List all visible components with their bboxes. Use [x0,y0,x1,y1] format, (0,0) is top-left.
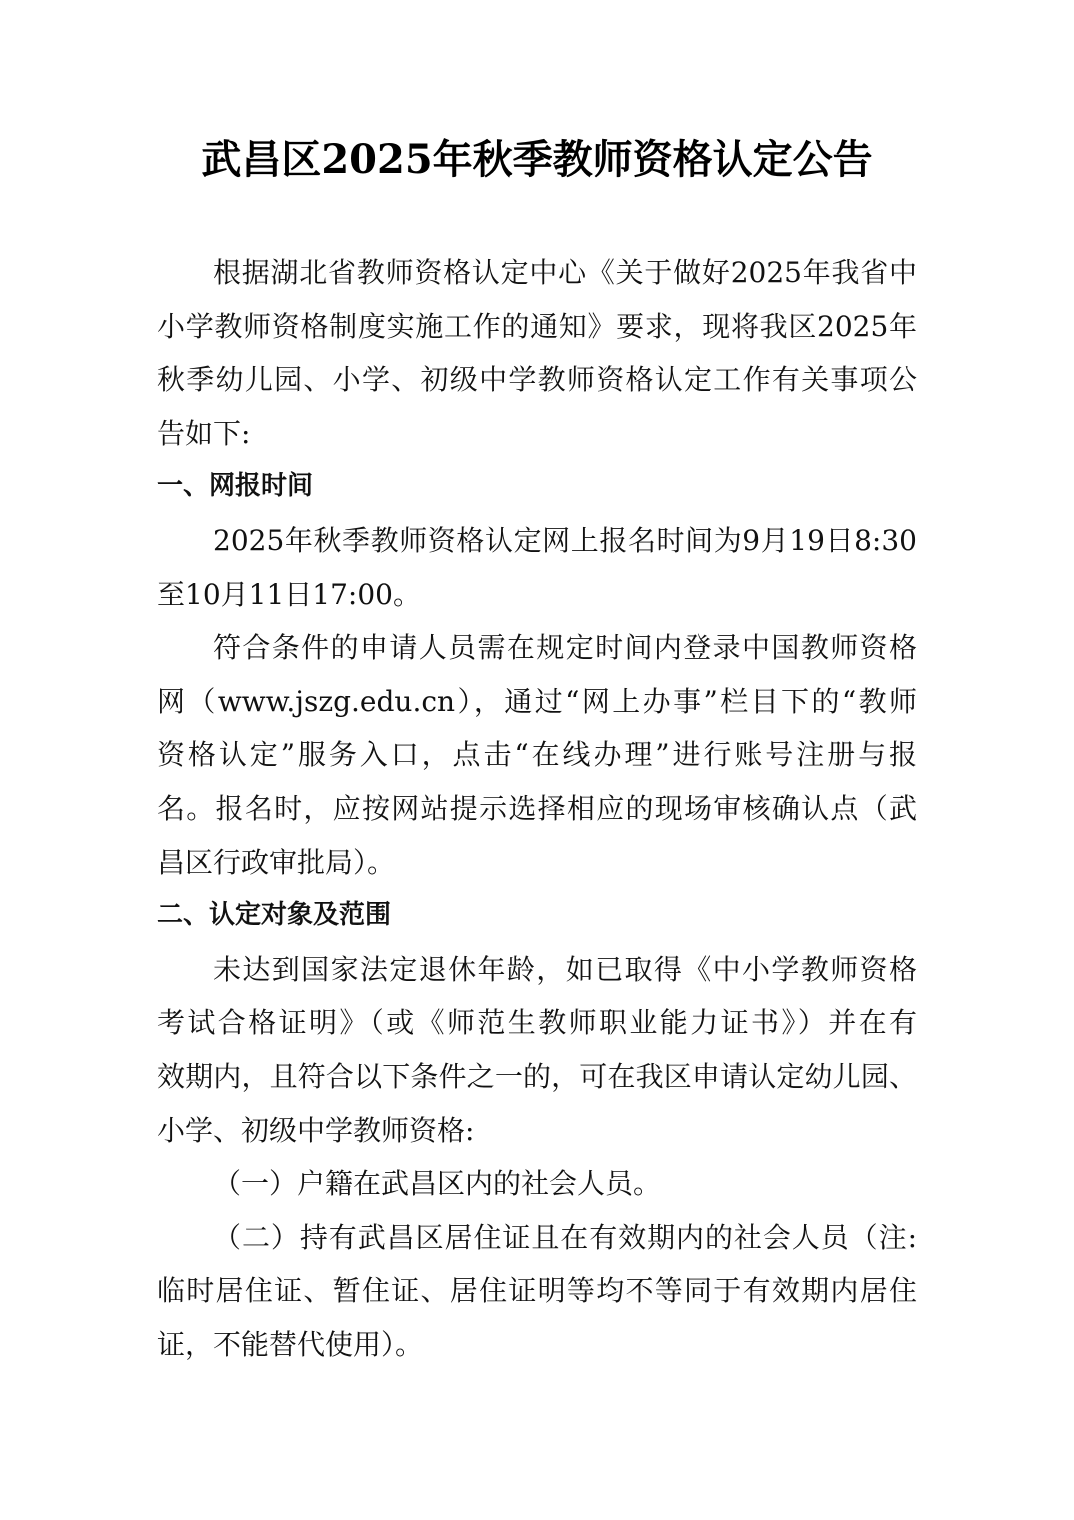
section-eligibility: 二、认定对象及范围 未达到国家法定退休年龄，如已取得《中小学教师资格 考试合格证… [157,889,917,1371]
text-line: 2025年秋季教师资格认定网上报名时间为9月19日8:30 [157,514,917,568]
text-line-with-website: 网（www.jszg.edu.cn），通过“网上办事”栏目下的“教师 [157,675,917,729]
intro-paragraph: 根据湖北省教师资格认定中心《关于做好2025年我省中 小学教师资格制度实施工作的… [157,246,917,460]
condition-item-2: （二）持有武昌区居住证且在有效期内的社会人员（注: 临时居住证、暂住证、居住证明… [157,1211,917,1372]
text-line: 未达到国家法定退休年龄，如已取得《中小学教师资格 [157,943,917,997]
paragraph: 未达到国家法定退休年龄，如已取得《中小学教师资格 考试合格证明》（或《师范生教师… [157,943,917,1157]
condition-item-1: （一）户籍在武昌区内的社会人员。 [157,1157,917,1211]
text-line: 资格认定”服务入口，点击“在线办理”进行账号注册与报 [157,728,917,782]
text-line: 至10月11日17:00。 [157,568,917,622]
section-registration-time: 一、网报时间 2025年秋季教师资格认定网上报名时间为9月19日8:30 至10… [157,460,917,889]
section-heading: 一、网报时间 [157,460,917,514]
text-line: 告如下: [157,407,917,461]
text-line: （二）持有武昌区居住证且在有效期内的社会人员（注: [157,1211,917,1265]
text-line: 小学、初级中学教师资格: [157,1104,917,1158]
text-line: （一）户籍在武昌区内的社会人员。 [157,1157,917,1211]
text-line: 考试合格证明》（或《师范生教师职业能力证书》）并在有 [157,996,917,1050]
text-line: 效期内，且符合以下条件之一的，可在我区申请认定幼儿园、 [157,1050,917,1104]
paragraph: 符合条件的申请人员需在规定时间内登录中国教师资格 网（www.jszg.edu.… [157,621,917,889]
text-line: 小学教师资格制度实施工作的通知》要求，现将我区2025年 [157,300,917,354]
document-title: 武昌区2025年秋季教师资格认定公告 [0,132,1074,188]
text-line: 昌区行政审批局）。 [157,836,917,890]
text-line: 秋季幼儿园、小学、初级中学教师资格认定工作有关事项公 [157,353,917,407]
document-body: 根据湖北省教师资格认定中心《关于做好2025年我省中 小学教师资格制度实施工作的… [157,246,917,1371]
text-line: 证，不能替代使用）。 [157,1318,917,1372]
text-line: 符合条件的申请人员需在规定时间内登录中国教师资格 [157,621,917,675]
text-line: 名。报名时，应按网站提示选择相应的现场审核确认点（武 [157,782,917,836]
section-heading: 二、认定对象及范围 [157,889,917,943]
text-line: 临时居住证、暂住证、居住证明等均不等同于有效期内居住 [157,1264,917,1318]
document-page: 武昌区2025年秋季教师资格认定公告 根据湖北省教师资格认定中心《关于做好202… [0,0,1074,1520]
text-line: 根据湖北省教师资格认定中心《关于做好2025年我省中 [157,246,917,300]
paragraph: 2025年秋季教师资格认定网上报名时间为9月19日8:30 至10月11日17:… [157,514,917,621]
